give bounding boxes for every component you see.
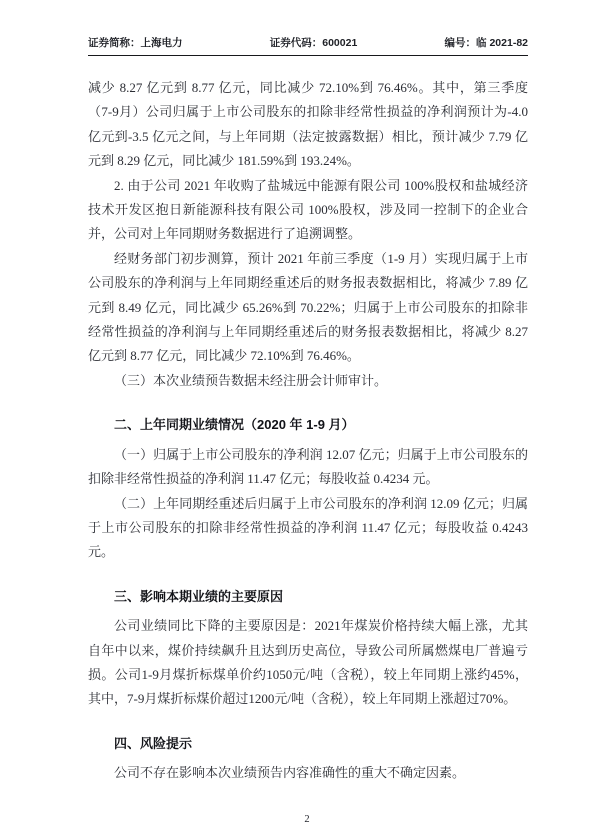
body-paragraph: 减少 8.27 亿元到 8.77 亿元，同比减少 72.10%到 76.46%。… <box>88 76 528 174</box>
security-abbreviation-label: 证券简称： <box>88 37 141 49</box>
body-paragraph: （一）归属于上市公司股东的净利润 12.07 亿元；归属于上市公司股东的扣除非经… <box>88 443 528 492</box>
announcement-number: 编号：临 2021-82 <box>445 35 528 50</box>
document-page: 证券简称：上海电力 证券代码：600021 编号：临 2021-82 减少 8.… <box>0 0 614 833</box>
section-heading-risk-notice: 四、风险提示 <box>88 732 528 756</box>
body-paragraph: 2. 由于公司 2021 年收购了盐城远中能源有限公司 100%股权和盐城经济技… <box>88 174 528 247</box>
body-paragraph: （二）上年同期经重述后归属于上市公司股东的净利润 12.09 亿元；归属于上市公… <box>88 492 528 565</box>
document-footer: 2 <box>0 814 614 825</box>
security-code-label: 证券代码： <box>270 37 323 49</box>
body-paragraph: 经财务部门初步测算，预计 2021 年前三季度（1-9 月）实现归属于上市公司股… <box>88 247 528 369</box>
announcement-number-label: 编号： <box>445 37 477 49</box>
security-abbreviation: 证券简称：上海电力 <box>88 35 183 50</box>
announcement-number-value: 临 2021-82 <box>476 37 528 49</box>
body-paragraph: （三）本次业绩预告数据未经注册会计师审计。 <box>88 369 528 393</box>
section-heading-main-reasons: 三、影响本期业绩的主要原因 <box>88 585 528 609</box>
body-paragraph: 公司不存在影响本次业绩预告内容准确性的重大不确定因素。 <box>88 761 528 785</box>
document-body: 减少 8.27 亿元到 8.77 亿元，同比减少 72.10%到 76.46%。… <box>88 76 528 786</box>
header-row: 证券简称：上海电力 证券代码：600021 编号：临 2021-82 <box>88 35 528 56</box>
section-heading-prior-period-results: 二、上年同期业绩情况（2020 年 1-9 月） <box>88 413 528 437</box>
security-code-value: 600021 <box>322 37 357 49</box>
security-abbreviation-value: 上海电力 <box>141 37 183 49</box>
document-header: 证券简称：上海电力 证券代码：600021 编号：临 2021-82 <box>88 0 528 56</box>
page-number: 2 <box>304 814 309 825</box>
body-paragraph: 公司业绩同比下降的主要原因是：2021年煤炭价格持续大幅上涨，尤其自年中以来，煤… <box>88 614 528 712</box>
security-code: 证券代码：600021 <box>270 35 358 50</box>
